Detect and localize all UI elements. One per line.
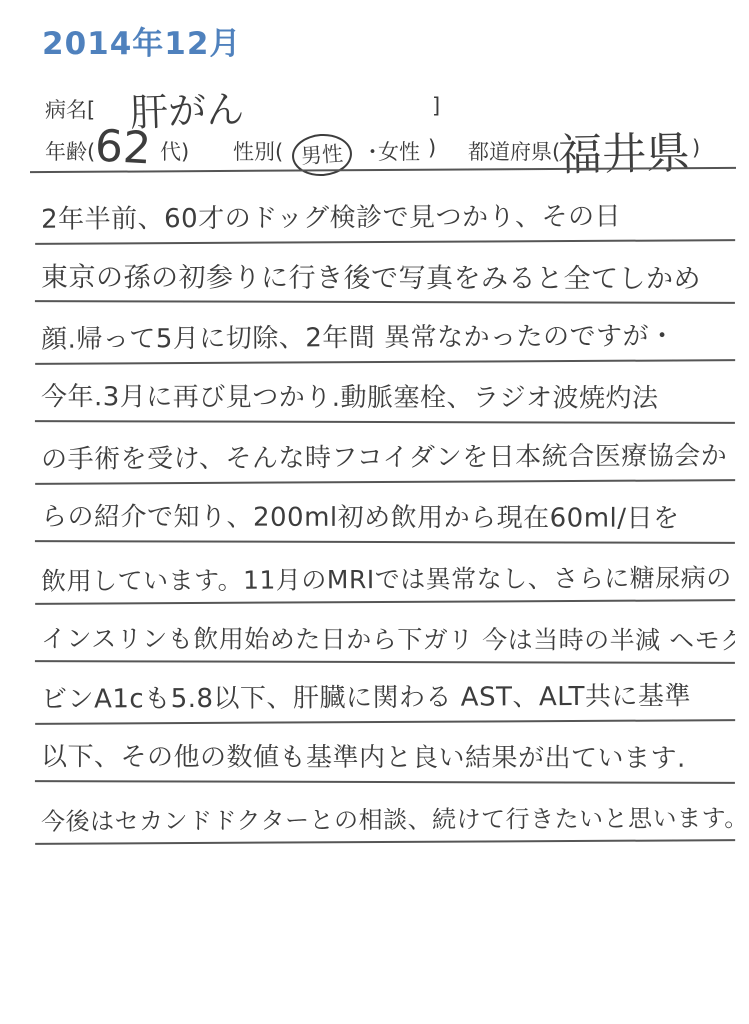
age-suffix: 代) xyxy=(160,136,189,166)
age-value: 62 xyxy=(94,121,153,175)
handwritten-line: 東京の孫の初参りに行き後で写真をみると全てしかめ xyxy=(35,242,735,304)
handwritten-line-text: らの紹介で知り、200ml初め飲用から現在60ml/日を xyxy=(35,501,680,541)
handwritten-line: らの紹介で知り、200ml初め飲用から現在60ml/日を xyxy=(35,482,735,544)
gender-female: 女性 xyxy=(378,136,420,166)
handwritten-line-text: 顔.帰って5月に切除、2年間 異常なかったのですが・ xyxy=(35,321,676,363)
handwritten-line-text: 今後はセカンドドクターとの相談、続けて行きたいと思います。 xyxy=(35,803,735,843)
age-label: 年齢( xyxy=(45,136,95,166)
handwritten-line-text: 2年半前、60才のドッグ検診で見つかり、その日 xyxy=(35,201,621,243)
handwritten-line: 2年半前、60才のドッグ検診で見つかり、その日 xyxy=(35,181,735,245)
handwritten-line: 飲用しています。11月のMRIでは異常なし、さらに糖尿病の xyxy=(35,541,735,605)
handwritten-line: ビンA1cも5.8以下、肝臓に関わる AST、ALT共に基準 xyxy=(35,661,735,725)
handwritten-line: 以下、その他の数値も基準内と良い結果が出ています. xyxy=(35,722,735,784)
handwritten-line-text: 以下、その他の数値も基準内と良い結果が出ています. xyxy=(35,741,686,782)
handwritten-line-text: の手術を受け、そんな時フコイダンを日本統合医療協会か xyxy=(35,440,727,482)
disease-close-bracket: ] xyxy=(432,94,440,118)
gender-label: 性別( xyxy=(233,136,283,166)
handwritten-body: 2年半前、60才のドッグ検診で見つかり、その日 東京の孫の初参りに行き後で写真を… xyxy=(0,183,749,843)
handwritten-line-text: 今年.3月に再び見つかり.動脈塞栓、ラジオ波焼灼法 xyxy=(35,381,659,421)
gender-close-paren: ) xyxy=(428,136,436,160)
prefecture-close-paren: ) xyxy=(692,136,700,160)
handwritten-line-text: ビンA1cも5.8以下、肝臓に関わる AST、ALT共に基準 xyxy=(35,681,691,723)
handwritten-line: 顔.帰って5月に切除、2年間 異常なかったのですが・ xyxy=(35,301,735,365)
prefecture-value: 福井県 xyxy=(557,117,690,183)
handwritten-line-text: 東京の孫の初参りに行き後で写真をみると全てしかめ xyxy=(35,260,701,302)
page-title: 2014年12月 xyxy=(42,18,241,63)
handwritten-line-text: 飲用しています。11月のMRIでは異常なし、さらに糖尿病の xyxy=(35,562,732,603)
prefecture-label: 都道府県( xyxy=(468,136,560,166)
handwritten-line: インスリンも飲用始めた日から下ガリ 今は当時の半減 ヘモグロ xyxy=(35,602,735,664)
handwritten-line: 今年.3月に再び見つかり.動脈塞栓、ラジオ波焼灼法 xyxy=(35,362,735,424)
disease-name-label: 病名[ xyxy=(45,94,95,124)
handwritten-line: の手術を受け、そんな時フコイダンを日本統合医療協会か xyxy=(35,421,735,485)
patient-info-row: 年齢( 62 代) 性別( 男性 ・ 女性 ) 都道府県( 福井県 ) xyxy=(0,126,749,172)
handwritten-line-text: インスリンも飲用始めた日から下ガリ 今は当時の半減 ヘモグロ xyxy=(35,623,735,662)
scanned-form-page: 2014年12月 病名[ 肝がん ] 年齢( 62 代) 性別( 男性 ・ 女性… xyxy=(0,0,749,1024)
handwritten-line: 今後はセカンドドクターとの相談、続けて行きたいと思います。 xyxy=(35,781,735,845)
